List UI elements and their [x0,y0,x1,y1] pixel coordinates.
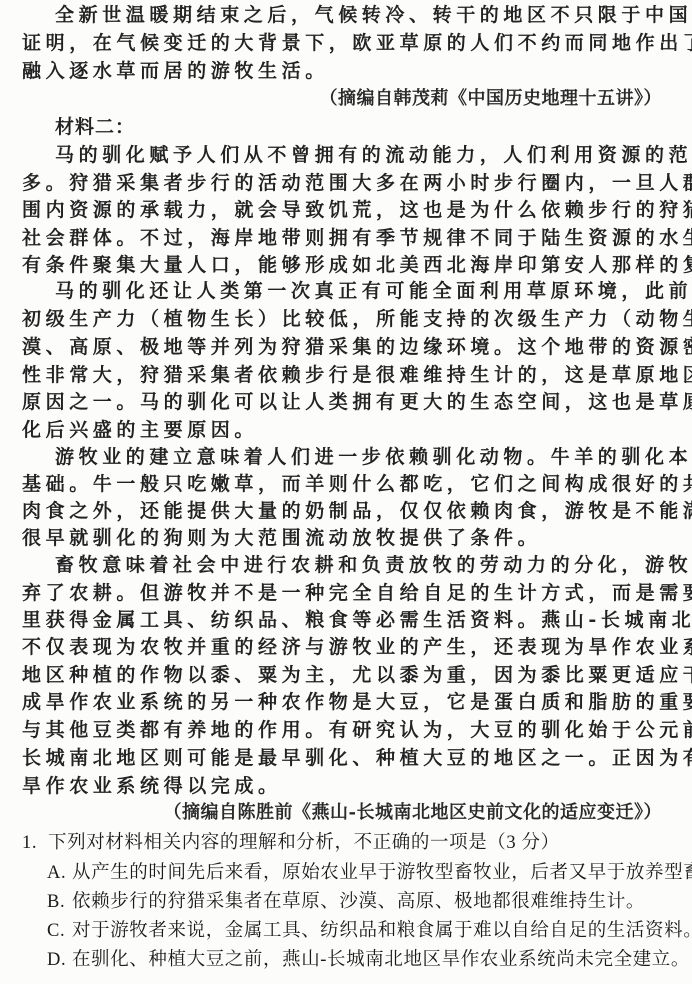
paragraph-line: 弃了农耕。但游牧并不是一种完全自给自足的生计方式，而是需要通过交换从农耕者那 [22,579,664,607]
paragraph-line: 地区种植的作物以黍、粟为主，尤以黍为重，因为黍比粟更适应干旱与寒冷的环境。构 [22,661,664,689]
paragraph-line: 旱作农业系统得以完成。 [22,772,664,800]
paragraph-line: 畜牧意味着社会中进行农耕和负责放牧的劳动力的分化，游牧则意味着人们彻底放 [55,551,664,579]
option-text: 依赖步行的狩猎采集者在草原、沙漠、高原、极地都很难维持生计。 [72,892,645,912]
paragraph-line: 与其他豆类都有养地的作用。有研究认为，大豆的驯化始于公元前 1100 年左右，燕… [22,716,664,744]
paragraph-line: 游牧业的建立意味着人们进一步依赖驯化动物。牛羊的驯化本来就是游牧业的必要 [55,443,664,471]
option-text: 对于游牧者来说，金属工具、纺织品和粮食属于难以自给自足的生活资料。 [72,921,692,941]
exam-page: 全新世温暖期结束之后，气候转冷、转干的地区不只限于中国北方。目前已有研究 证明，… [0,0,692,984]
paragraph-line: 原因之一。马的驯化可以让人类拥有更大的生态空间，这也是草原地带青铜文化在马驯 [22,388,664,416]
option-b: B.依赖步行的狩猎采集者在草原、沙漠、高原、极地都很难维持生计。 [47,888,645,916]
paragraph-line: 肉食之外，还能提供大量的奶制品，仅仅依赖肉食，游牧是不能满足生计需要的。马与 [22,497,664,525]
question-text: 下列对材料相关内容的理解和分析，不正确的一项是（3 分） [48,833,560,853]
paragraph-line: 长城南北地区则可能是最早驯化、种植大豆的地区之一。正因为有大豆的种植，传统的 [22,744,664,772]
paragraph-line: 多。狩猎采集者步行的活动范围大多在两小时步行圈内，一旦人群的规模超过了这个范 [22,169,664,197]
source-citation: （摘编自陈胜前《燕山-长城南北地区史前文化的适应变迁》） [164,799,662,827]
paragraph-line: 有条件聚集大量人口，能够形成如北美西北海岸印第安人那样的复杂社会。 [22,251,664,279]
option-key: A. [47,859,72,887]
paragraph-line: 证明，在气候变迁的大背景下，欧亚草原的人们不约而同地作出了选择：放弃原始农业， [22,29,664,57]
question-number: 1. [22,829,48,857]
paragraph-line: 不仅表现为农牧并重的经济与游牧业的产生，还表现为旱作农业系统的真正建立。这一 [22,633,664,661]
paragraph-line: 漠、高原、极地等并列为狩猎采集的边缘环境。这个地带的资源密度小，动物群的流动 [22,333,664,361]
option-a: A.从产生的时间先后来看，原始农业早于游牧型畜牧业，后者又早于放养型畜牧业。 [47,859,692,887]
option-key: C. [47,917,72,945]
option-text: 在驯化、种植大豆之前，燕山-长城南北地区旱作农业系统尚未完全建立。 [72,950,690,970]
paragraph-line: 社会群体。不过，海岸地带则拥有季节规律不同于陆生资源的水生资源，且有舟楫之便， [22,224,664,252]
paragraph-line: 基础。牛一般只吃嫩草，而羊则什么都吃，它们之间构成很好的共生关系。牛羊除提供 [22,470,664,498]
option-key: B. [47,888,72,916]
paragraph-line: 马的驯化赋予人们从不曾拥有的流动能力，人们利用资源的范围一下子扩大了许 [55,141,664,169]
paragraph-line: 很早就驯化的狗则为大范围流动放牧提供了条件。 [22,524,664,552]
question-stem: 1.下列对材料相关内容的理解和分析，不正确的一项是（3 分） [22,829,560,857]
paragraph-line: 融入逐水草而居的游牧生活。 [22,57,664,85]
source-citation: （摘编自韩茂莉《中国历史地理十五讲》） [320,85,663,113]
paragraph-line: 马的驯化还让人类第一次真正有可能全面利用草原环境，此前草原因为单位面积的 [55,277,664,305]
paragraph-line: 化后兴盛的主要原因。 [22,416,664,444]
option-key: D. [47,946,72,974]
paragraph-line: 成旱作农业系统的另一种农作物是大豆，它是蛋白质和脂肪的重要来源，而且种植大豆 [22,688,664,716]
option-text: 从产生的时间先后来看，原始农业早于游牧型畜牧业，后者又早于放养型畜牧业。 [72,863,692,883]
paragraph-line: 初级生产力（植物生长）比较低，所能支持的次级生产力（动物生长）也比较低，和沙 [22,305,664,333]
paragraph-line: 里获得金属工具、纺织品、粮食等必需生活资料。燕山-长城南北地区生计方式的分化 [22,606,664,634]
option-c: C.对于游牧者来说，金属工具、纺织品和粮食属于难以自给自足的生活资料。 [47,917,692,945]
option-d: D.在驯化、种植大豆之前，燕山-长城南北地区旱作农业系统尚未完全建立。 [47,946,690,974]
paragraph-line: 围内资源的承载力，就会导致饥荒，这也是为什么依赖步行的狩猎采集者很难形成大的 [22,196,664,224]
section-heading: 材料二： [55,113,155,141]
paragraph-line: 性非常大，狩猎采集者依赖步行是很难维持生计的，这是草原地区石器时代遗存较少的 [22,361,664,389]
paragraph-line: 全新世温暖期结束之后，气候转冷、转干的地区不只限于中国北方。目前已有研究 [55,1,664,29]
